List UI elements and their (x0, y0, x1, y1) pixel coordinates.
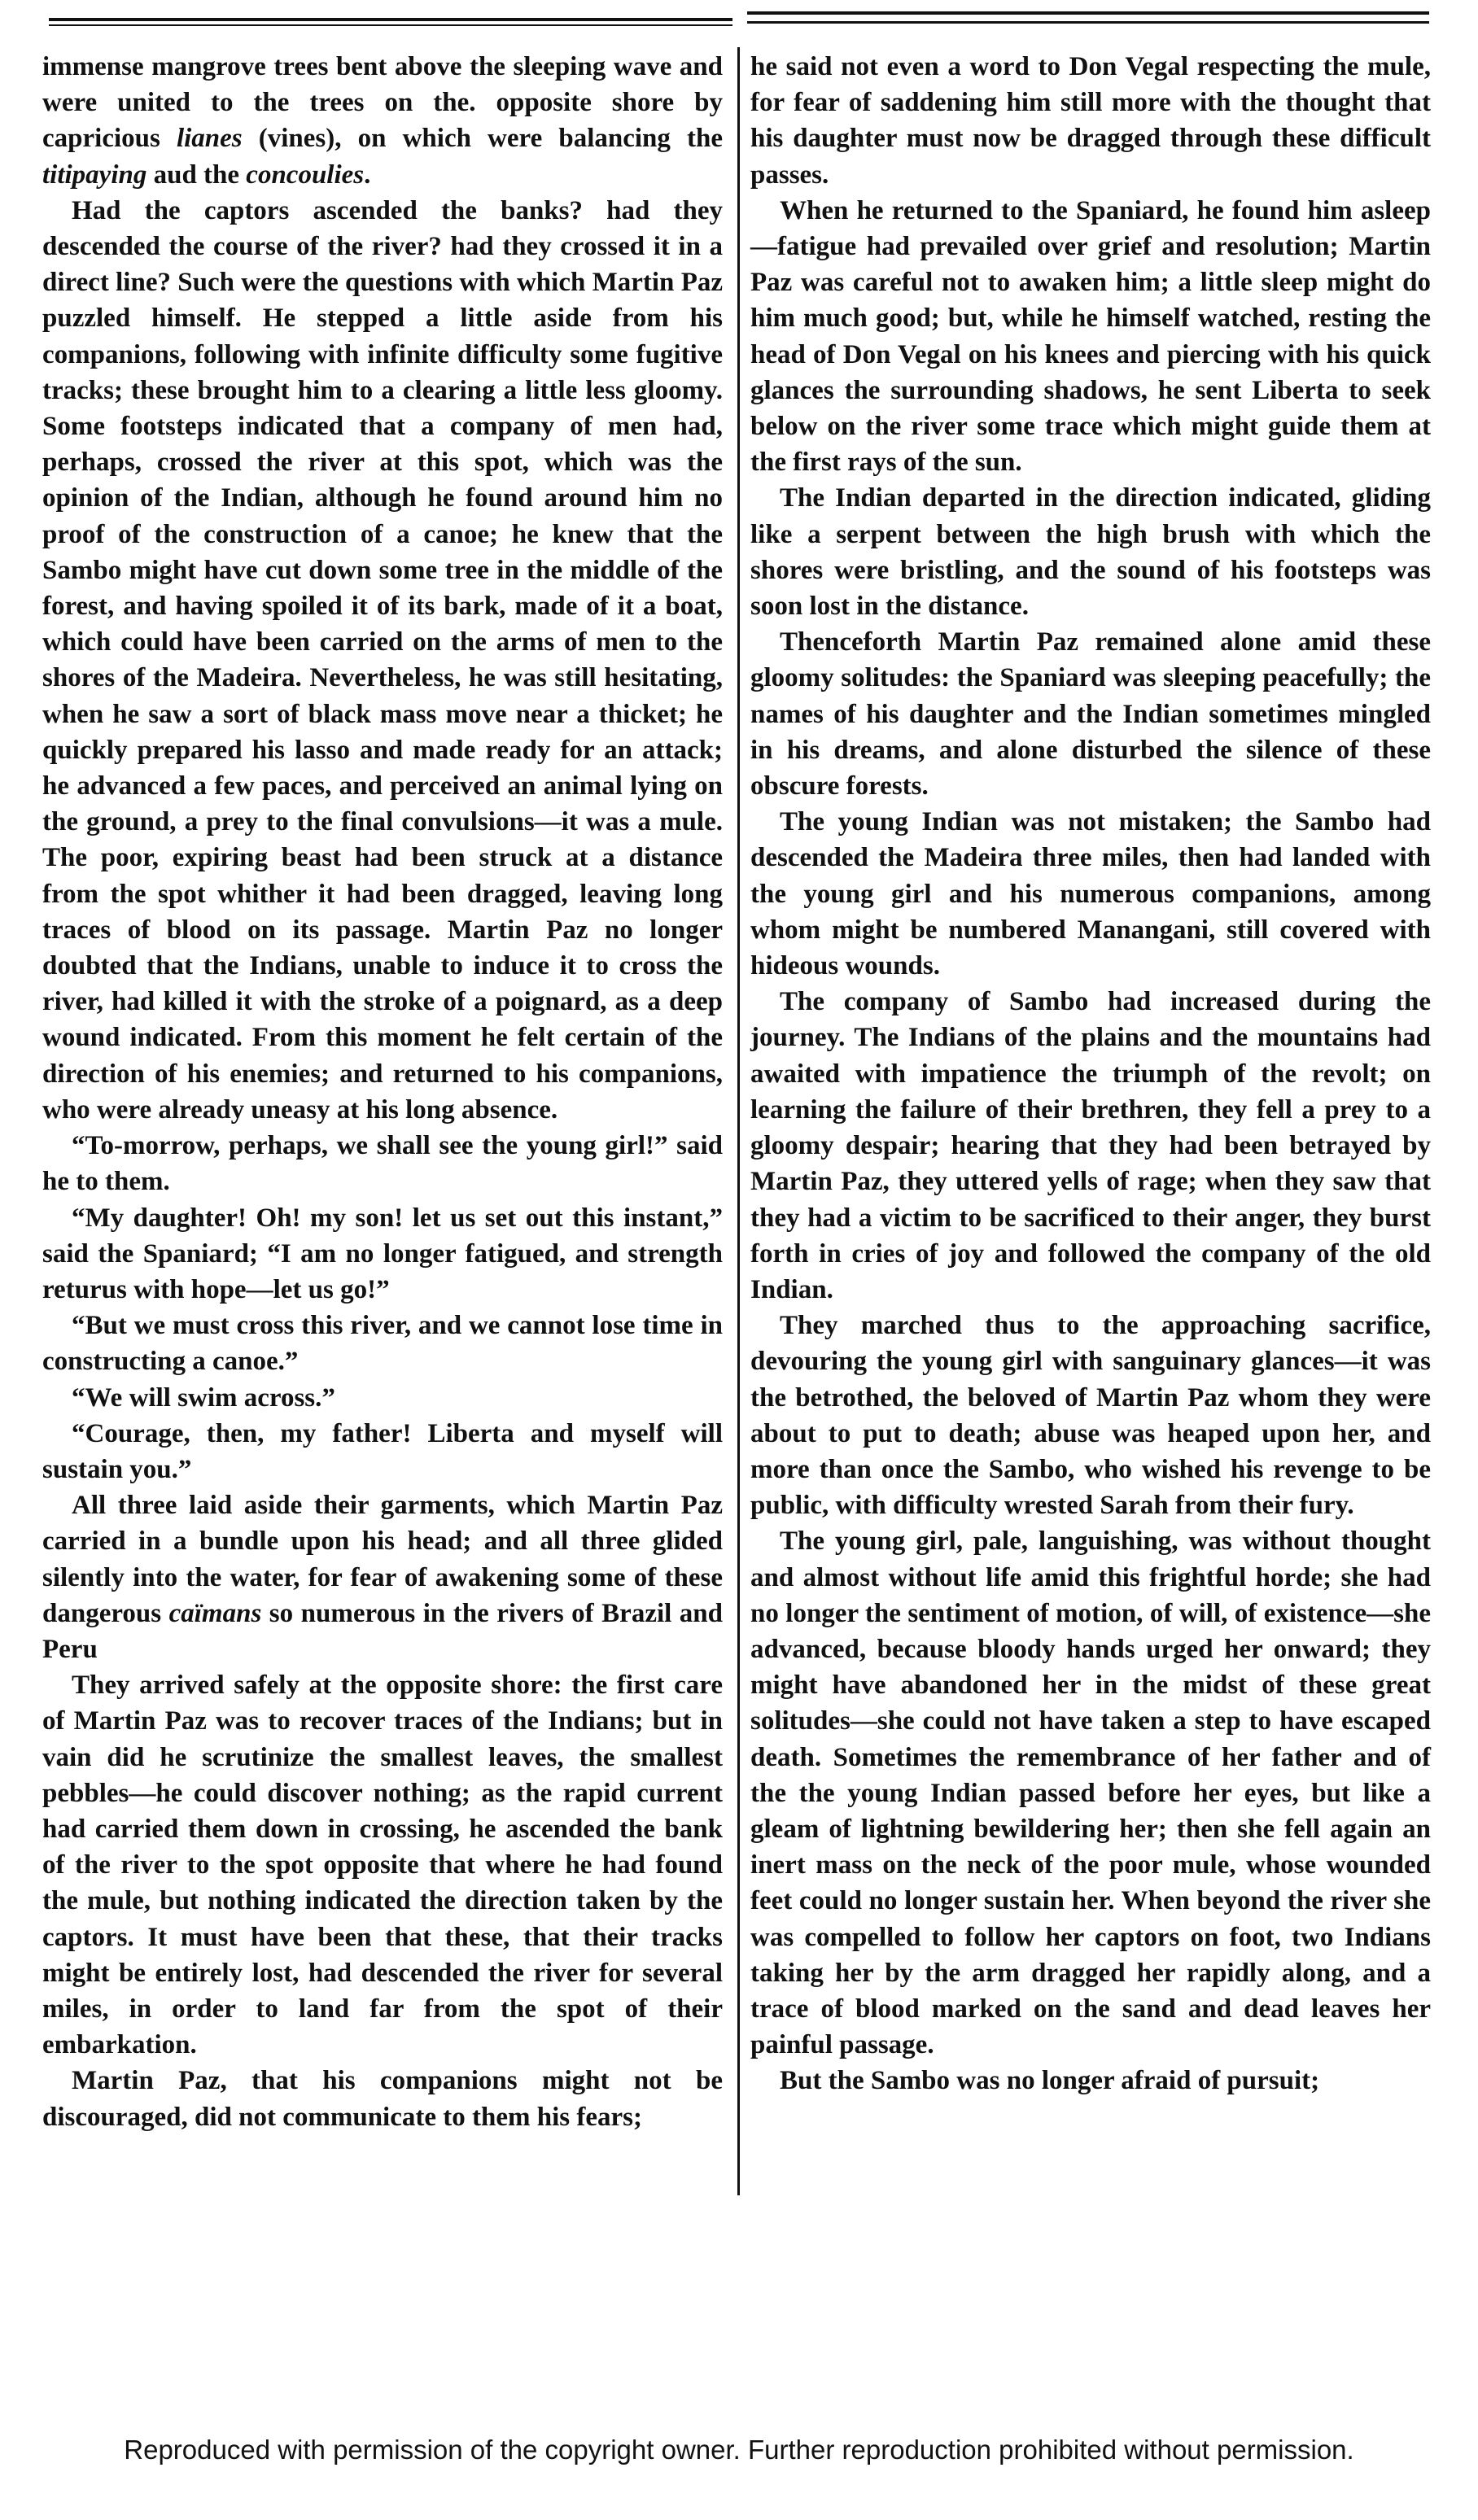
column-divider (737, 47, 740, 2195)
paragraph: “Courage, then, my father! Liberta and m… (42, 1416, 723, 1487)
left-column: immense mangrove trees bent above the sl… (42, 49, 723, 2135)
header-rule-left-thin (49, 24, 732, 26)
paragraph: When he returned to the Spaniard, he fou… (750, 193, 1431, 481)
paragraph: immense mangrove trees bent above the sl… (42, 49, 723, 193)
copyright-notice: Reproduced with permission of the copyri… (0, 2435, 1478, 2465)
paragraph-text: (vines), on which were balancing the (243, 124, 723, 153)
header-double-rule-bottom (747, 21, 1429, 24)
paragraph: “To-morrow, perhaps, we shall see the yo… (42, 1128, 723, 1199)
italic-term: caïmans (169, 1599, 262, 1628)
paragraph: They arrived safely at the opposite shor… (42, 1667, 723, 2063)
paragraph: All three laid aside their garments, whi… (42, 1487, 723, 1667)
header-double-rule-top (747, 11, 1429, 15)
paragraph-text: aud the (146, 160, 246, 190)
paragraph: “But we must cross this river, and we ca… (42, 1308, 723, 1379)
paragraph: The Indian departed in the direction ind… (750, 480, 1431, 624)
paragraph: They marched thus to the approaching sac… (750, 1308, 1431, 1523)
right-column: he said not even a word to Don Vegal res… (750, 49, 1431, 2099)
scanned-newspaper-page: immense mangrove trees bent above the sl… (0, 0, 1478, 2520)
paragraph: “My daughter! Oh! my son! let us set out… (42, 1200, 723, 1308)
header-rule-left (49, 18, 732, 21)
paragraph: But the Sambo was no longer afraid of pu… (750, 2063, 1431, 2099)
italic-term: concoulies (246, 160, 364, 190)
paragraph: The company of Sambo had increased durin… (750, 984, 1431, 1308)
paragraph: Had the captors ascended the banks? had … (42, 193, 723, 1128)
paragraph: he said not even a word to Don Vegal res… (750, 49, 1431, 193)
paragraph: The young girl, pale, languishing, was w… (750, 1523, 1431, 2063)
italic-term: lianes (177, 124, 243, 153)
paragraph: The young Indian was not mistaken; the S… (750, 804, 1431, 984)
paragraph: Thenceforth Martin Paz remained alone am… (750, 624, 1431, 804)
italic-term: titipaying (42, 160, 146, 190)
paragraph: “We will swim across.” (42, 1380, 723, 1416)
paragraph: Martin Paz, that his companions might no… (42, 2063, 723, 2134)
paragraph-text: . (364, 160, 370, 190)
